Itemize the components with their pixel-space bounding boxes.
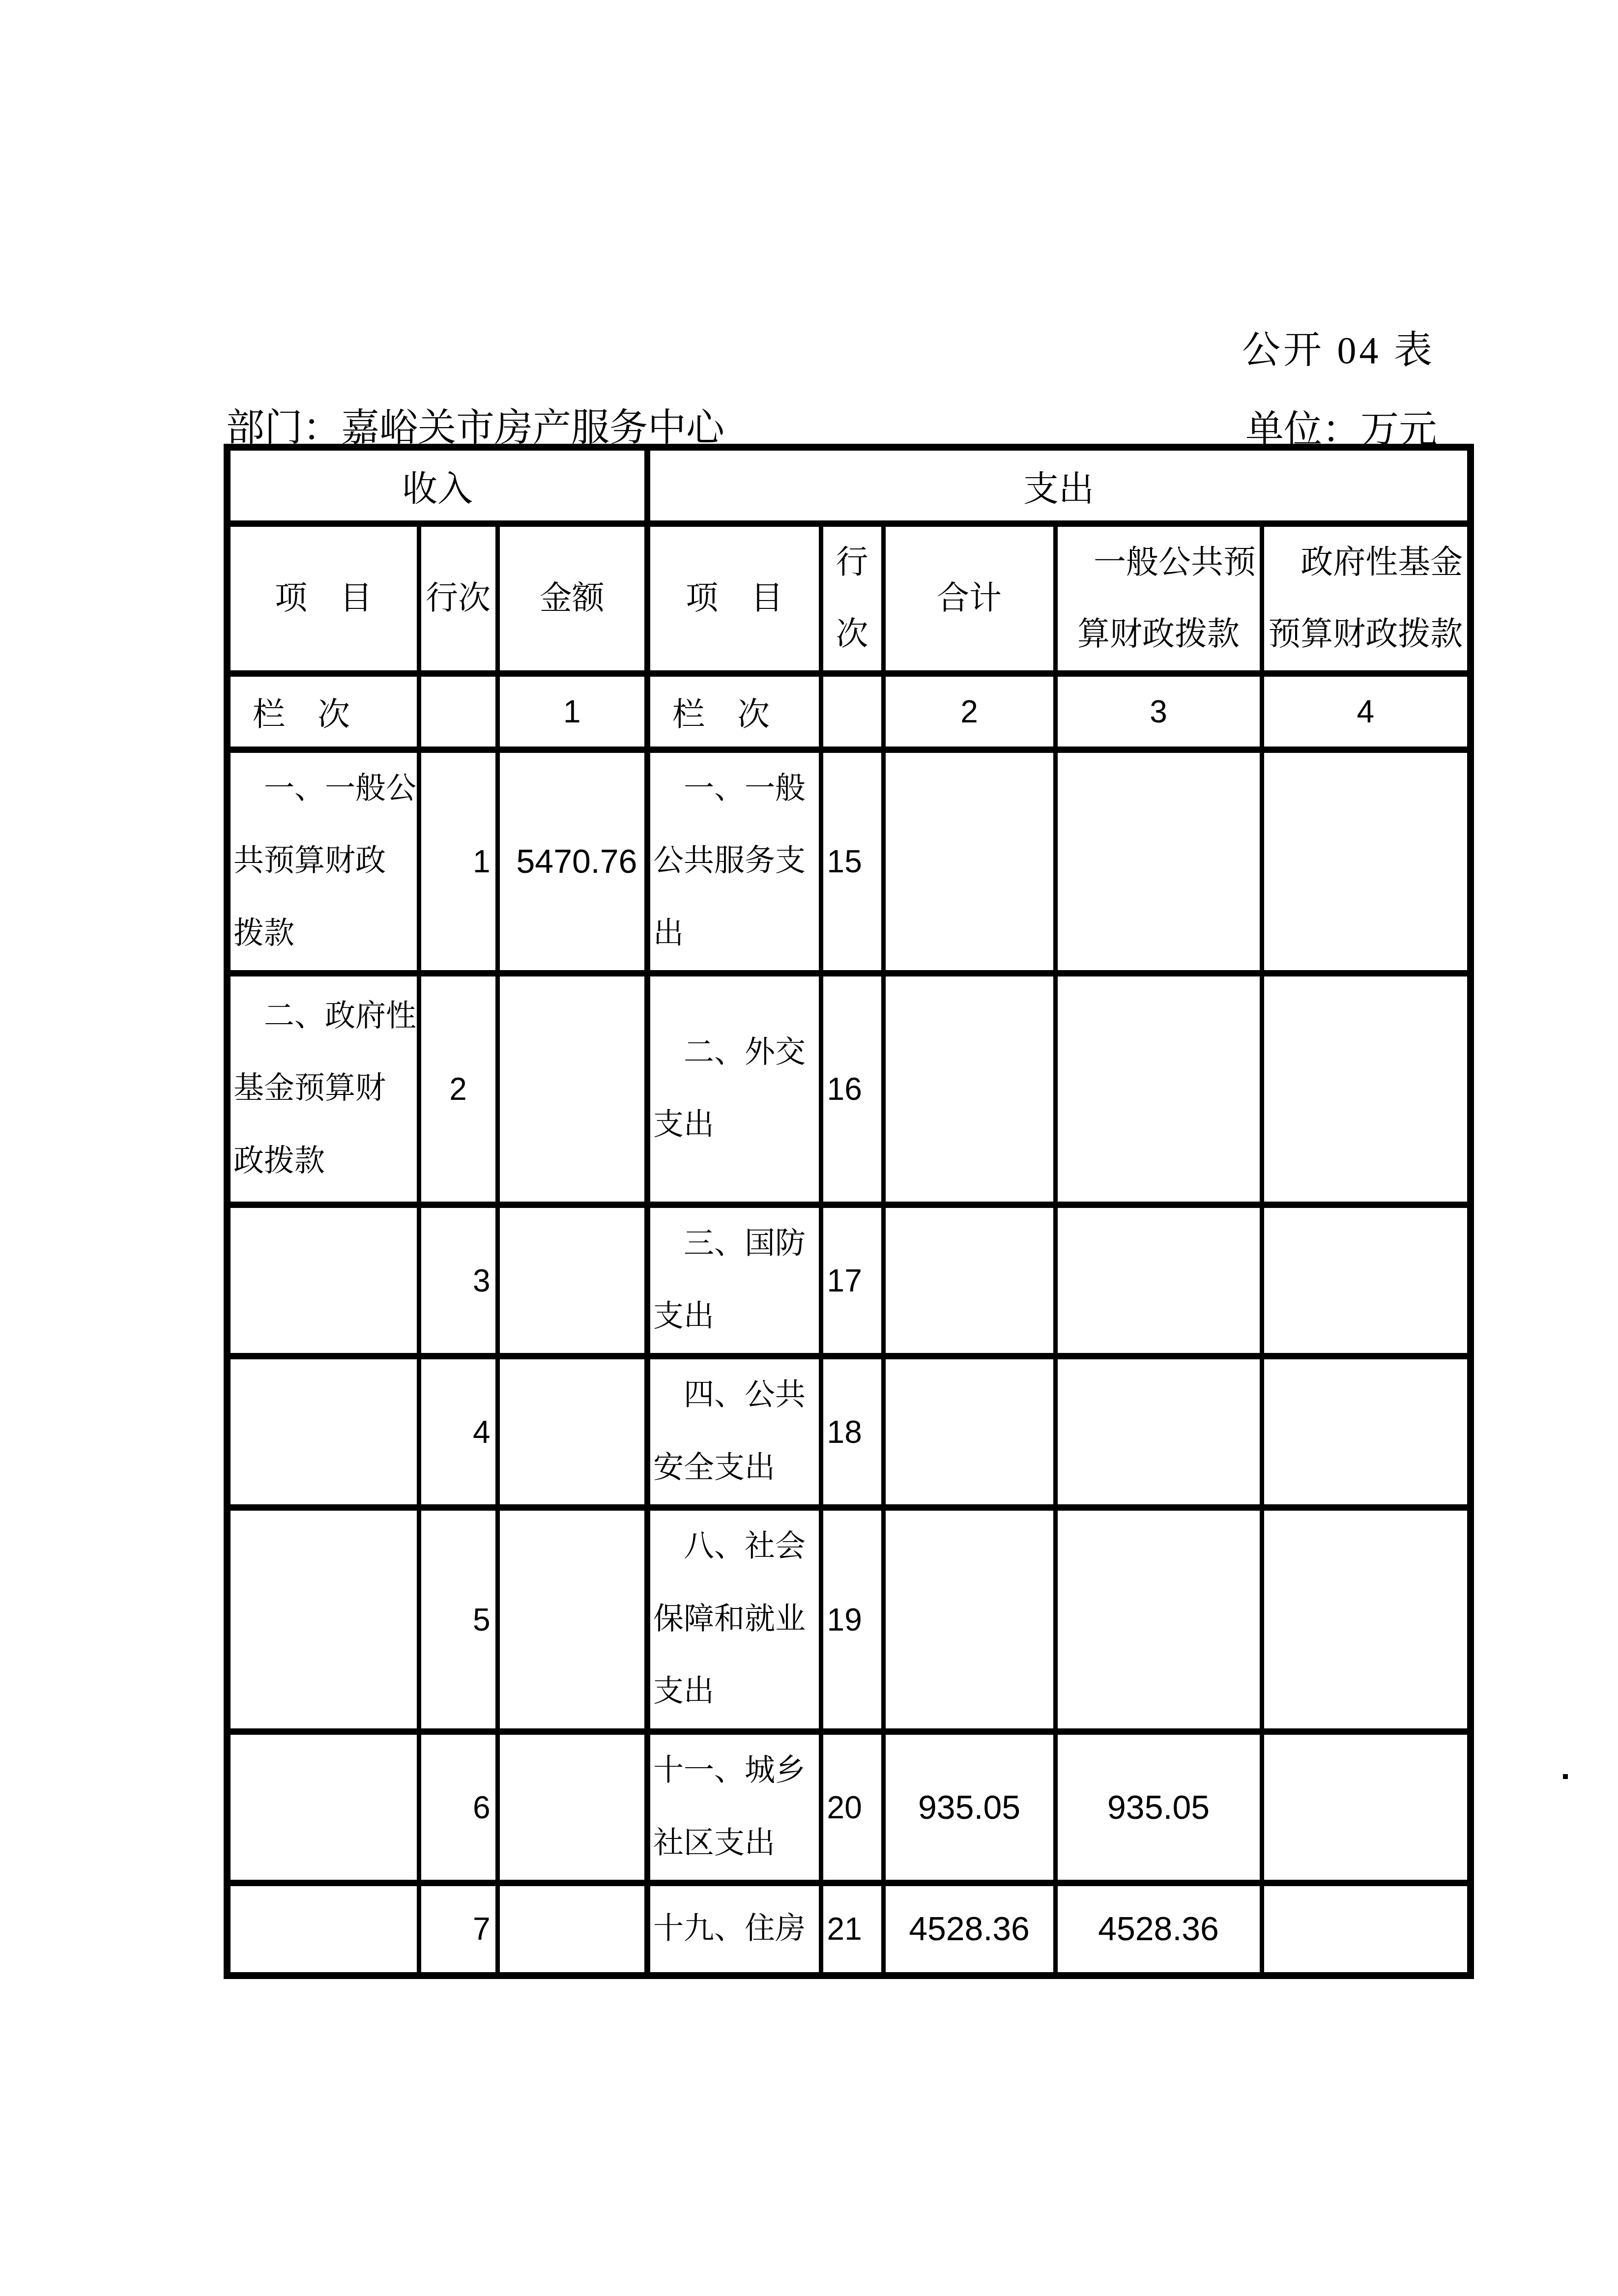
cell-exp-row-no: 16: [821, 974, 883, 1205]
cell-exp-row-no: 21: [821, 1883, 883, 1976]
cell-income-item: [227, 1205, 419, 1356]
cell-income-amount: 5470.76: [497, 749, 647, 974]
header-exp-row-no: 行次: [821, 523, 883, 673]
cell-exp-item: 一、一般 公共服务支 出: [647, 749, 821, 974]
cell-exp-total: 4528.36: [883, 1883, 1055, 1976]
table-row: 6 十一、城乡 社区支出 20 935.05 935.05: [227, 1731, 1471, 1883]
cell-exp-total: [883, 974, 1055, 1205]
cell-exp-gov-fund: [1262, 1205, 1471, 1356]
cell-income-row-no: 6: [419, 1731, 497, 1883]
cell-exp-general: [1055, 749, 1262, 974]
cell-income-amount: [497, 1356, 647, 1508]
cell-exp-row-no: 18: [821, 1356, 883, 1508]
table-row: 一、一般公 共预算财政 拨款 1 5470.76 一、一般 公共服务支 出 15: [227, 749, 1471, 974]
header-income-item: 项 目: [227, 523, 419, 673]
cell-exp-general: [1055, 974, 1262, 1205]
table-row: 二、政府性 基金预算财 政拨款 2 二、外交 支出 16: [227, 974, 1471, 1205]
cell-exp-item: 十九、住房: [647, 1883, 821, 1976]
cell-exp-gov-fund: [1262, 1356, 1471, 1508]
header-exp-gov-fund: 政府性基金 预算财政拨款: [1262, 523, 1471, 673]
scanned-document-page: 公开 04 表 部门：嘉峪关市房产服务中心 单位：万元 收入 支出 项 目 行次…: [0, 0, 1618, 2296]
table-row: 3 三、国防 支出 17: [227, 1205, 1471, 1356]
column-index-exp-label: 栏 次: [647, 673, 821, 749]
column-index-row: 栏 次 1 栏 次 2 3 4: [227, 673, 1471, 749]
cell-exp-row-no: 17: [821, 1205, 883, 1356]
cell-exp-row-no: 20: [821, 1731, 883, 1883]
expenditure-section-header: 支出: [647, 447, 1471, 523]
column-index-income-row-no: [419, 673, 497, 749]
cell-income-row-no: 4: [419, 1356, 497, 1508]
cell-income-item: [227, 1508, 419, 1732]
table-row: 4 四、公共 安全支出 18: [227, 1356, 1471, 1508]
header-exp-total: 合计: [883, 523, 1055, 673]
column-index-amount: 1: [497, 673, 647, 749]
cell-exp-row-no: 19: [821, 1508, 883, 1732]
cell-exp-total: [883, 749, 1055, 974]
cell-income-amount: [497, 1883, 647, 1976]
cell-exp-gov-fund: [1262, 1883, 1471, 1976]
cell-exp-gov-fund: [1262, 1508, 1471, 1732]
cell-exp-total: [883, 1356, 1055, 1508]
column-index-general: 3: [1055, 673, 1262, 749]
cell-exp-item: 八、社会 保障和就业 支出: [647, 1508, 821, 1732]
cell-exp-general: [1055, 1356, 1262, 1508]
cell-income-row-no: 3: [419, 1205, 497, 1356]
cell-exp-general: 935.05: [1055, 1731, 1262, 1883]
cell-income-item: 二、政府性 基金预算财 政拨款: [227, 974, 419, 1205]
cell-income-row-no: 2: [419, 974, 497, 1205]
cell-income-row-no: 1: [419, 749, 497, 974]
table-number-label: 公开 04 表: [1242, 319, 1435, 374]
cell-income-item: [227, 1883, 419, 1976]
cell-income-amount: [497, 974, 647, 1205]
cell-exp-general: [1055, 1508, 1262, 1732]
cell-exp-total: [883, 1508, 1055, 1732]
cell-exp-item: 三、国防 支出: [647, 1205, 821, 1356]
cell-exp-row-no: 15: [821, 749, 883, 974]
cell-income-item: 一、一般公 共预算财政 拨款: [227, 749, 419, 974]
cell-exp-item: 二、外交 支出: [647, 974, 821, 1205]
table-row: 7 十九、住房 21 4528.36 4528.36: [227, 1883, 1471, 1976]
column-index-exp-row-no: [821, 673, 883, 749]
cell-exp-gov-fund: [1262, 1731, 1471, 1883]
budget-table: 收入 支出 项 目 行次 金额 项 目 行次 合计 一般公共预 算财政拨款 政府…: [224, 444, 1474, 1979]
header-exp-general-budget: 一般公共预 算财政拨款: [1055, 523, 1262, 673]
cell-income-amount: [497, 1508, 647, 1732]
cell-income-item: [227, 1356, 419, 1508]
cell-income-row-no: 7: [419, 1883, 497, 1976]
cell-exp-general: 4528.36: [1055, 1883, 1262, 1976]
header-income-row-no: 行次: [419, 523, 497, 673]
cell-income-amount: [497, 1205, 647, 1356]
cell-exp-item: 四、公共 安全支出: [647, 1356, 821, 1508]
cell-exp-general: [1055, 1205, 1262, 1356]
cell-exp-total: 935.05: [883, 1731, 1055, 1883]
header-income-amount: 金额: [497, 523, 647, 673]
cell-exp-gov-fund: [1262, 974, 1471, 1205]
cell-exp-item: 十一、城乡 社区支出: [647, 1731, 821, 1883]
cell-income-row-no: 5: [419, 1508, 497, 1732]
column-header-row: 项 目 行次 金额 项 目 行次 合计 一般公共预 算财政拨款 政府性基金 预算…: [227, 523, 1471, 673]
table-row: 5 八、社会 保障和就业 支出 19: [227, 1508, 1471, 1732]
cell-income-amount: [497, 1731, 647, 1883]
cell-exp-total: [883, 1205, 1055, 1356]
header-exp-item: 项 目: [647, 523, 821, 673]
column-index-total: 2: [883, 673, 1055, 749]
section-header-row: 收入 支出: [227, 447, 1471, 523]
cell-exp-gov-fund: [1262, 749, 1471, 974]
column-index-gov-fund: 4: [1262, 673, 1471, 749]
income-section-header: 收入: [227, 447, 647, 523]
scan-speck-artifact: [1563, 1774, 1568, 1779]
column-index-income-label: 栏 次: [227, 673, 419, 749]
cell-income-item: [227, 1731, 419, 1883]
